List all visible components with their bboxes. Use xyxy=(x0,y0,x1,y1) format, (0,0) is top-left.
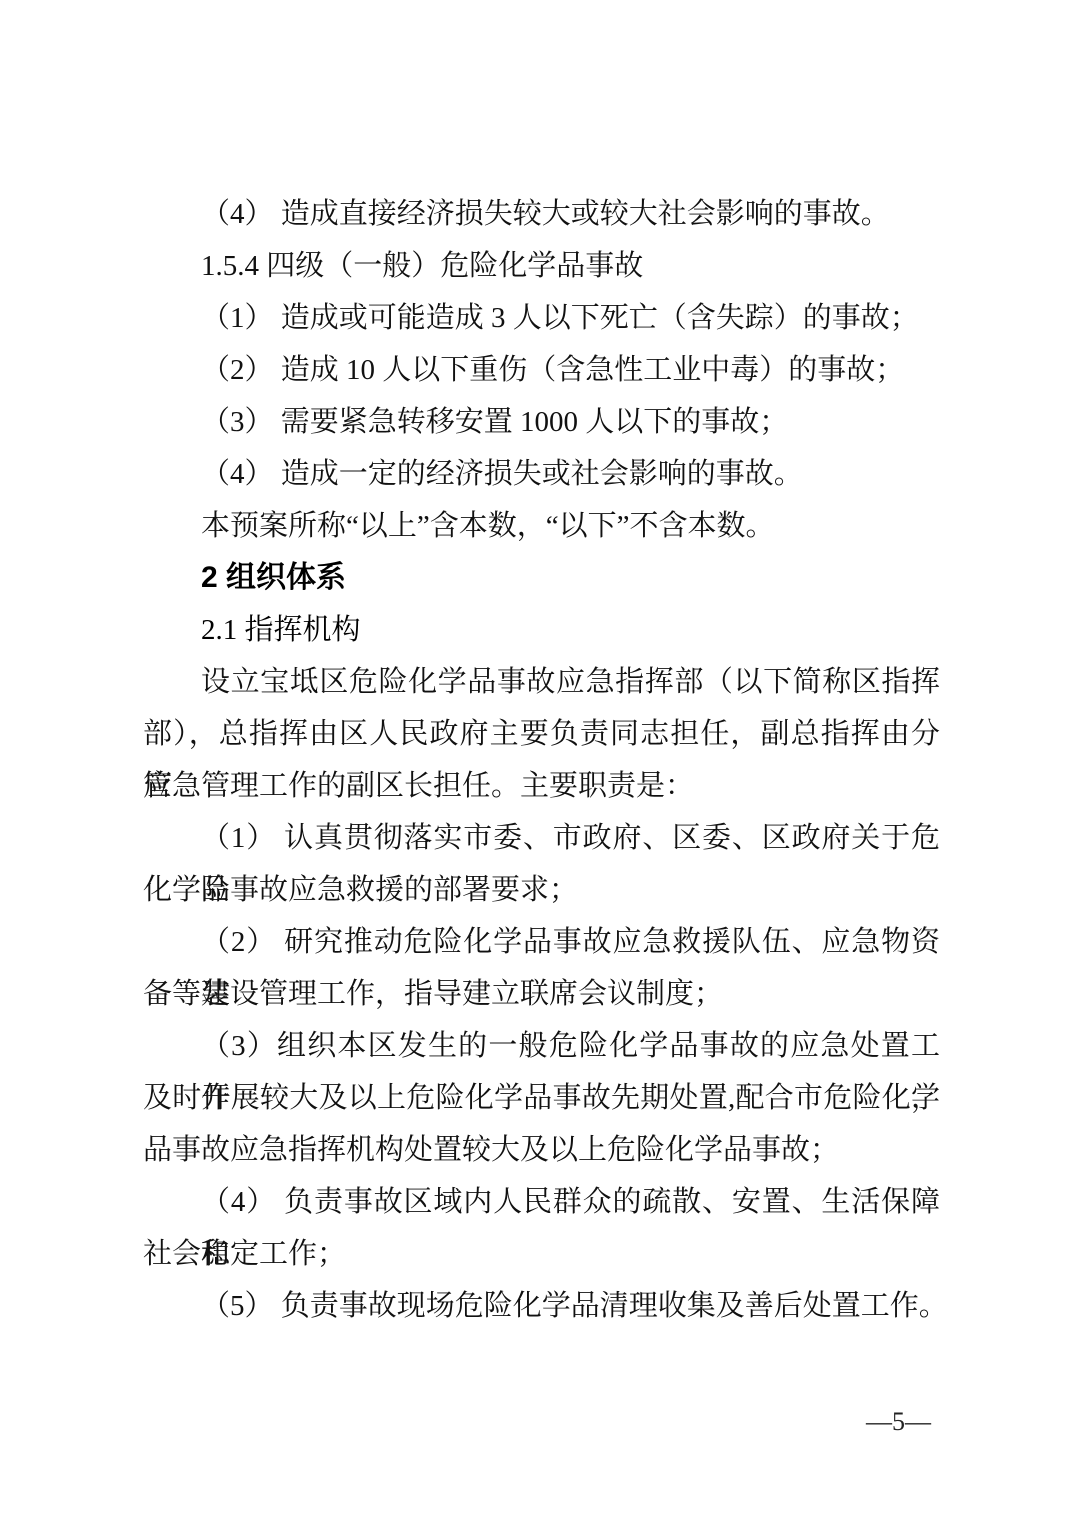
document-line: （4） 造成直接经济损失较大或较大社会影响的事故。 xyxy=(143,188,940,240)
document-page: （4） 造成直接经济损失较大或较大社会影响的事故。 1.5.4 四级（一般）危险… xyxy=(0,0,1074,1520)
document-body: （4） 造成直接经济损失较大或较大社会影响的事故。 1.5.4 四级（一般）危险… xyxy=(143,188,940,1332)
document-line: （3） 需要紧急转移安置 1000 人以下的事故； xyxy=(143,396,940,448)
section-number-1-5-4: 1.5.4 四级（一般）危险化学品事故 xyxy=(143,240,940,292)
document-line: 本预案所称“以上”含本数，“以下”不含本数。 xyxy=(143,500,940,552)
document-line: （1） 认真贯彻落实市委、市政府、区委、区政府关于危险 xyxy=(143,812,940,864)
document-line: （1） 造成或可能造成 3 人以下死亡（含失踪）的事故； xyxy=(143,292,940,344)
document-line: （5） 负责事故现场危险化学品清理收集及善后处置工作。 xyxy=(143,1280,940,1332)
document-line: 化学品事故应急救援的部署要求； xyxy=(143,864,940,916)
document-line: （3）组织本区发生的一般危险化学品事故的应急处置工作， xyxy=(143,1020,940,1072)
heading-command-structure: 2.1 指挥机构 xyxy=(143,604,940,656)
document-line: 品事故应急指挥机构处置较大及以上危险化学品事故； xyxy=(143,1124,940,1176)
page-number: —5— xyxy=(866,1402,931,1442)
document-line: 及时开展较大及以上危险化学品事故先期处置,配合市危险化学 xyxy=(143,1072,940,1124)
document-line: （4） 负责事故区域内人民群众的疏散、安置、生活保障和 xyxy=(143,1176,940,1228)
document-line: 社会稳定工作； xyxy=(143,1228,940,1280)
document-line: 应急管理工作的副区长担任。主要职责是： xyxy=(143,760,940,812)
document-line: （4） 造成一定的经济损失或社会影响的事故。 xyxy=(143,448,940,500)
document-line: 备等建设管理工作，指导建立联席会议制度； xyxy=(143,968,940,1020)
document-line: 部），总指挥由区人民政府主要负责同志担任，副总指挥由分管 xyxy=(143,708,940,760)
document-line: （2） 造成 10 人以下重伤（含急性工业中毒）的事故； xyxy=(143,344,940,396)
document-line: （2） 研究推动危险化学品事故应急救援队伍、应急物资装 xyxy=(143,916,940,968)
heading-organization-system: 2 组织体系 xyxy=(143,552,940,604)
document-line: 设立宝坻区危险化学品事故应急指挥部（以下简称区指挥 xyxy=(143,656,940,708)
